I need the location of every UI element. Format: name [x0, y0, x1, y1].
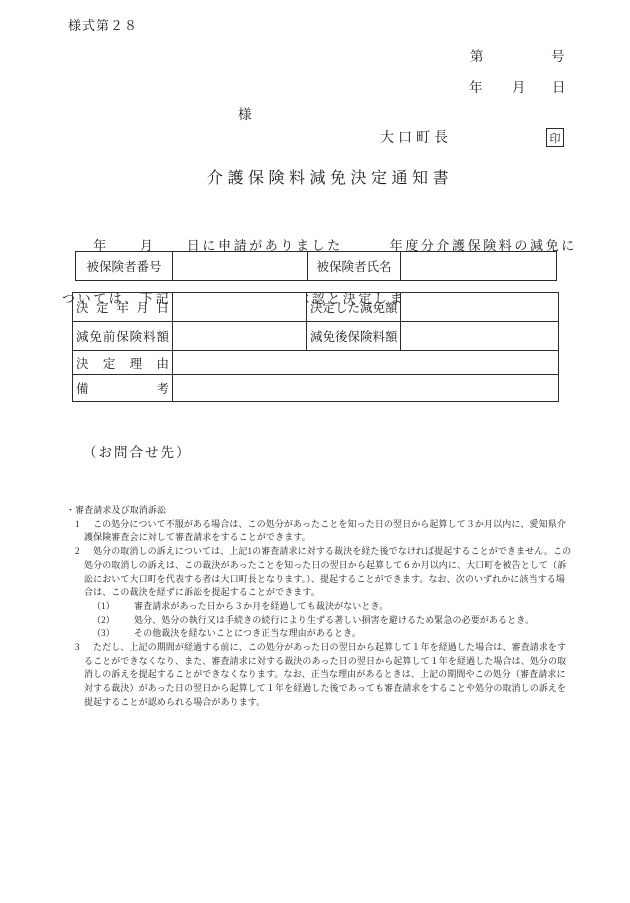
insured-number-label: 被保険者番号: [76, 252, 173, 281]
legal-item-1-text: この処分について不服がある場合は、この処分があったことを知った日の翌日から起算し…: [84, 519, 566, 543]
legal-subitem-1-number: （1）: [92, 600, 134, 614]
legal-item-1-number: 1: [75, 518, 93, 532]
legal-subitem-3-number: （3）: [92, 627, 134, 641]
legal-notes: ・審査請求及び取消訴訟 1この処分について不服がある場合は、この処分があったこと…: [66, 504, 573, 710]
remarks-label: 備考: [73, 375, 173, 402]
legal-item-1: 1この処分について不服がある場合は、この処分があったことを知った日の翌日から起算…: [66, 518, 573, 545]
premium-before-value: [173, 322, 307, 351]
legal-item-3-number: 3: [75, 641, 93, 655]
insured-name-label: 被保険者氏名: [308, 252, 401, 281]
legal-subitem-3-text: その他裁決を経ないことにつき正当な理由があるとき。: [134, 628, 361, 638]
addressee-honorific: 様: [238, 103, 252, 123]
date-year-label: 年: [469, 76, 483, 96]
insured-name-value: [401, 252, 557, 281]
legal-subitem-2-text: 処分、処分の執行又は手続きの続行により生ずる著しい損害を避けるため緊急の必要があ…: [134, 615, 534, 625]
decision-date-label: 決定年月日: [73, 293, 173, 322]
reduction-amount-value: [401, 293, 559, 322]
decision-reason-value: [173, 351, 559, 375]
date-day-label: 日: [552, 76, 566, 96]
premium-after-value: [401, 322, 559, 351]
table-row: 決定年月日 決定した減免額: [73, 293, 559, 322]
table-row: 備考: [73, 375, 559, 402]
premium-after-label: 減免後保険料額: [307, 322, 401, 351]
legal-subitem-2: （2）処分、処分の執行又は手続きの続行により生ずる著しい損害を避けるため緊急の必…: [66, 614, 573, 628]
legal-subitem-2-number: （2）: [92, 614, 134, 628]
contact-heading: （お問合せ先）: [83, 441, 192, 461]
legal-item-2-number: 2: [75, 545, 93, 559]
legal-item-3: 3ただし、上記の期間が経過する前に、この処分があった日の翌日から起算して１年を経…: [66, 641, 573, 710]
reduction-amount-label: 決定した減免額: [307, 293, 401, 322]
date-month-label: 月: [512, 76, 526, 96]
insured-person-table: 被保険者番号 被保険者氏名: [75, 251, 557, 281]
doc-number-suffix: 号: [551, 45, 565, 65]
table-row: 被保険者番号 被保険者氏名: [76, 252, 557, 281]
legal-item-3-text: ただし、上記の期間が経過する前に、この処分があった日の翌日から起算して１年を経過…: [84, 642, 566, 707]
decision-reason-label: 決定理由: [73, 351, 173, 375]
decision-date-value: [173, 293, 307, 322]
document-title: 介護保険料減免決定通知書: [0, 165, 630, 188]
decision-table: 決定年月日 決定した減免額 減免前保険料額 減免後保険料額 決定理由 備考: [72, 292, 559, 402]
table-row: 決定理由: [73, 351, 559, 375]
legal-heading: ・審査請求及び取消訴訟: [66, 504, 573, 518]
legal-item-2-text: 処分の取消しの訴えについては、上記1の審査請求に対する裁決を経た後でなければ提起…: [84, 546, 571, 597]
notice-document-page: 様式第２８ 第 号 年 月 日 様 大口町長 印 介護保険料減免決定通知書 年 …: [0, 0, 630, 903]
form-number: 様式第２８: [68, 15, 138, 34]
sender-title: 大口町長: [380, 127, 452, 147]
premium-before-label: 減免前保険料額: [73, 322, 173, 351]
seal-label: 印: [550, 130, 561, 146]
remarks-value: [173, 375, 559, 402]
doc-number-prefix: 第: [470, 45, 484, 65]
legal-subitem-1: （1）審査請求があった日から３か月を経過しても裁決がないとき。: [66, 600, 573, 614]
legal-subitem-1-text: 審査請求があった日から３か月を経過しても裁決がないとき。: [134, 601, 388, 611]
legal-item-2: 2処分の取消しの訴えについては、上記1の審査請求に対する裁決を経た後でなければ提…: [66, 545, 573, 600]
table-row: 減免前保険料額 減免後保険料額: [73, 322, 559, 351]
insured-number-value: [173, 252, 308, 281]
seal-box: 印: [546, 128, 564, 147]
legal-subitem-3: （3）その他裁決を経ないことにつき正当な理由があるとき。: [66, 627, 573, 641]
